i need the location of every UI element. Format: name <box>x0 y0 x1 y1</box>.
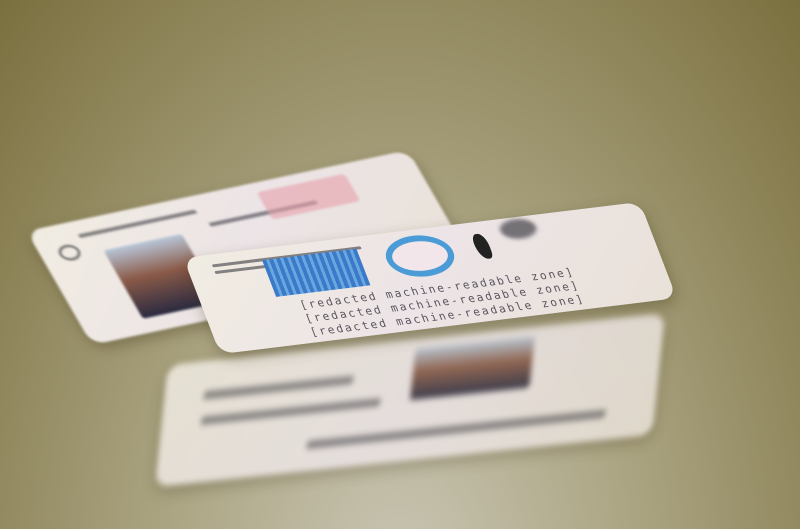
text-line <box>204 376 354 400</box>
security-pattern <box>257 174 361 220</box>
text-line <box>201 398 381 425</box>
portrait-photo-redacted <box>410 337 535 400</box>
text-line <box>306 410 605 449</box>
fingerprint <box>497 217 540 241</box>
seal-icon <box>379 232 461 281</box>
map-silhouette-icon <box>471 233 494 260</box>
emblem-icon <box>56 243 84 262</box>
